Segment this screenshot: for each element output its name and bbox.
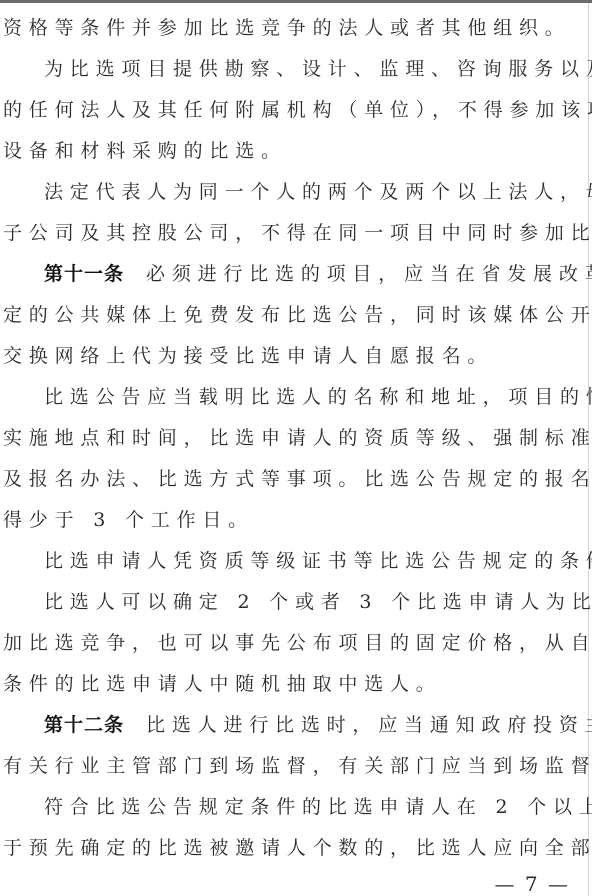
text-line: 加比选竞争，也可以事先公布项目的固定价格，从自愿报名的符合: [3, 623, 589, 664]
paragraph-continuation: 资格等条件并参加比选竞争的法人或者其他组织。: [3, 8, 589, 49]
article-text: 必须进行比选的项目，应当在省发展改革部门指: [146, 263, 592, 285]
text-line: 得少于 3 个工作日。: [3, 500, 589, 541]
paragraph: 法定代表人为同一个人的两个及两个以上法人，母公司、全资 子公司及其控股公司，不得…: [3, 172, 589, 254]
text-line: 设备和材料采购的比选。: [3, 131, 589, 172]
paragraph: 为比选项目提供勘察、设计、监理、咨询服务以及有股权关系 的任何法人及其任何附属机…: [3, 49, 589, 172]
paragraph: 比选申请人凭资质等级证书等比选公告规定的条件报名。: [3, 541, 589, 582]
text-line: 于预先确定的比选被邀请人个数的，比选人应向全部比选申请人: [3, 828, 589, 869]
article-12: 第十二条比选人进行比选时，应当通知政府投资主管部门、 有关行业主管部门到场监督，…: [3, 705, 589, 787]
text-line: 及报名办法、比选方式等事项。比选公告规定的报名时间最少不: [3, 459, 589, 500]
article-number: 第十一条: [44, 263, 124, 285]
paragraph: 比选公告应当载明比选人的名称和地址，项目的性质、数量、 实施地点和时间，比选申请…: [3, 377, 589, 541]
article-11: 第十一条必须进行比选的项目，应当在省发展改革部门指 定的公共媒体上免费发布比选公…: [3, 254, 589, 377]
text-line: 的任何法人及其任何附属机构（单位），不得参加该项目的施工、: [3, 90, 589, 131]
scan-top-border: [0, 0, 592, 3]
text-line: 比选公告应当载明比选人的名称和地址，项目的性质、数量、: [3, 377, 589, 418]
document-page: 资格等条件并参加比选竞争的法人或者其他组织。 为比选项目提供勘察、设计、监理、咨…: [3, 8, 589, 869]
text-line: 交换网络上代为接受比选申请人自愿报名。: [3, 336, 589, 377]
article-number: 第十二条: [44, 714, 124, 736]
text-line: 为比选项目提供勘察、设计、监理、咨询服务以及有股权关系: [3, 49, 589, 90]
text-line: 法定代表人为同一个人的两个及两个以上法人，母公司、全资: [3, 172, 589, 213]
text-line: 定的公共媒体上免费发布比选公告，同时该媒体公开在电子数据: [3, 295, 589, 336]
paragraph: 比选人可以确定 2 个或者 3 个比选申请人为比选被邀请人参 加比选竞争，也可以…: [3, 582, 589, 705]
text-line: 实施地点和时间，比选申请人的资质等级、强制标准等报名条件以: [3, 418, 589, 459]
text-line: 有关行业主管部门到场监督，有关部门应当到场监督。: [3, 746, 589, 787]
text-line: 条件的比选申请人中随机抽取中选人。: [3, 664, 589, 705]
text-line: 资格等条件并参加比选竞争的法人或者其他组织。: [3, 8, 589, 49]
text-line: 比选申请人凭资质等级证书等比选公告规定的条件报名。: [3, 541, 589, 582]
text-line: 符合比选公告规定条件的比选申请人在 2 个以上等于或者少: [3, 787, 589, 828]
text-line: 子公司及其控股公司，不得在同一项目中同时参加比选。: [3, 213, 589, 254]
article-text: 比选人进行比选时，应当通知政府投资主管部门、: [146, 714, 592, 736]
text-line: 第十一条必须进行比选的项目，应当在省发展改革部门指: [3, 254, 589, 295]
text-line: 比选人可以确定 2 个或者 3 个比选申请人为比选被邀请人参: [3, 582, 589, 623]
paragraph: 符合比选公告规定条件的比选申请人在 2 个以上等于或者少 于预先确定的比选被邀请…: [3, 787, 589, 869]
text-line: 第十二条比选人进行比选时，应当通知政府投资主管部门、: [3, 705, 589, 746]
page-number: — 7 —: [495, 872, 570, 896]
